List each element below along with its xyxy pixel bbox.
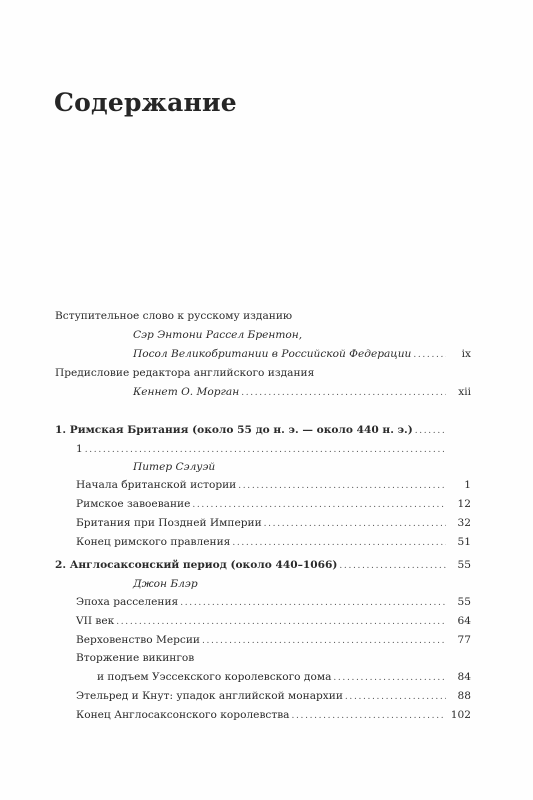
toc-chapter-2-heading[interactable]: 2. Англосаксонский период (около 440–106…: [55, 556, 471, 574]
toc-page-number: 1: [76, 440, 83, 458]
toc-section-title: Этельред и Кнут: упадок английской монар…: [76, 687, 343, 705]
toc-section-title: Конец Англосаксонского королевства: [76, 706, 290, 724]
toc-section[interactable]: VII век 64: [55, 612, 471, 630]
toc-section-title: Верховенство Мерсии: [76, 631, 200, 649]
dot-leader: [339, 557, 446, 575]
dot-leader: [192, 496, 446, 514]
toc-chapter-2-author: Джон Блэр: [55, 575, 471, 593]
toc-entry-label: Вступительное слово к русскому изданию: [55, 307, 292, 325]
toc-section-continuation[interactable]: и подъем Уэссекского королевского дома 8…: [55, 668, 471, 686]
toc-page-number: 1: [449, 476, 471, 494]
toc-entry-author-name: Сэр Энтони Рассел Брентон,: [133, 326, 302, 344]
toc-page-number: 102: [449, 706, 471, 724]
toc-section[interactable]: Вторжение викингов: [55, 649, 471, 667]
toc-section[interactable]: Конец римского правления 51: [55, 533, 471, 551]
toc-entry-author-title[interactable]: Посол Великобритании в Российской Федера…: [55, 345, 471, 363]
dot-leader: [292, 707, 447, 725]
dot-leader: [345, 688, 446, 706]
dot-leader: [202, 632, 446, 650]
toc-chapter-1-author: Питер Сэлуэй: [55, 458, 471, 476]
toc-section[interactable]: Начала британской истории 1: [55, 476, 471, 494]
toc-page-number: 88: [449, 687, 471, 705]
toc-page-number: 64: [449, 612, 471, 630]
toc-section[interactable]: Британия при Поздней Империи 32: [55, 514, 471, 532]
toc-page-number: 77: [449, 631, 471, 649]
toc-entry-foreword-russian[interactable]: Вступительное слово к русскому изданию: [55, 307, 471, 325]
toc-section-title: и подъем Уэссекского королевского дома: [97, 668, 331, 686]
toc-page-number: 55: [449, 556, 471, 574]
toc-section[interactable]: Эпоха расселения 55: [55, 593, 471, 611]
toc-section[interactable]: Римское завоевание 12: [55, 495, 471, 513]
toc-section-title: Британия при Поздней Империи: [76, 514, 262, 532]
toc-page-number: ix: [449, 345, 471, 363]
dot-leader: [180, 594, 446, 612]
dot-leader: [333, 669, 446, 687]
dot-leader: [232, 534, 446, 552]
toc-section-title: Вторжение викингов: [76, 649, 194, 667]
toc-chapter-1-page-line: 1: [55, 440, 471, 458]
toc-entry-author: Сэр Энтони Рассел Брентон,: [55, 326, 471, 344]
dot-leader: [241, 384, 446, 402]
toc-section[interactable]: Верховенство Мерсии 77: [55, 631, 471, 649]
toc-section-title: Римское завоевание: [76, 495, 190, 513]
toc-section-title: Эпоха расселения: [76, 593, 178, 611]
toc-section-title: Конец римского правления: [76, 533, 230, 551]
toc-author-name: Джон Блэр: [133, 575, 198, 593]
toc-page-number: 51: [449, 533, 471, 551]
toc-entry-editor-preface[interactable]: Предисловие редактора английского издани…: [55, 364, 471, 382]
toc-entry-label: Предисловие редактора английского издани…: [55, 364, 314, 382]
dot-leader: [85, 441, 446, 459]
toc-section-title: VII век: [76, 612, 114, 630]
toc-page-number: xii: [449, 383, 471, 401]
toc-page-number: 12: [449, 495, 471, 513]
toc-page-number: 84: [449, 668, 471, 686]
toc-section-title: Начала британской истории: [76, 476, 236, 494]
toc-entry-label: Посол Великобритании в Российской Федера…: [133, 345, 411, 363]
toc-entry-author-name: Кеннет О. Морган: [133, 383, 239, 401]
page-title: Содержание: [54, 88, 237, 117]
toc-chapter-1-heading[interactable]: 1. Римская Британия (около 55 до н. э. —…: [55, 421, 471, 439]
dot-leader: [415, 422, 446, 440]
toc-author-name: Питер Сэлуэй: [133, 458, 215, 476]
toc-chapter-title: 1. Римская Британия (около 55 до н. э. —…: [55, 421, 413, 439]
dot-leader: [264, 515, 446, 533]
toc-section[interactable]: Этельред и Кнут: упадок английской монар…: [55, 687, 471, 705]
toc-entry-author[interactable]: Кеннет О. Морган xii: [55, 383, 471, 401]
dot-leader: [116, 613, 446, 631]
toc-section[interactable]: Конец Англосаксонского королевства 102: [55, 706, 471, 724]
dot-leader: [413, 346, 446, 364]
toc-chapter-title: 2. Англосаксонский период (около 440–106…: [55, 556, 337, 574]
toc-page-number: 32: [449, 514, 471, 532]
toc-page-number: 55: [449, 593, 471, 611]
dot-leader: [238, 477, 446, 495]
